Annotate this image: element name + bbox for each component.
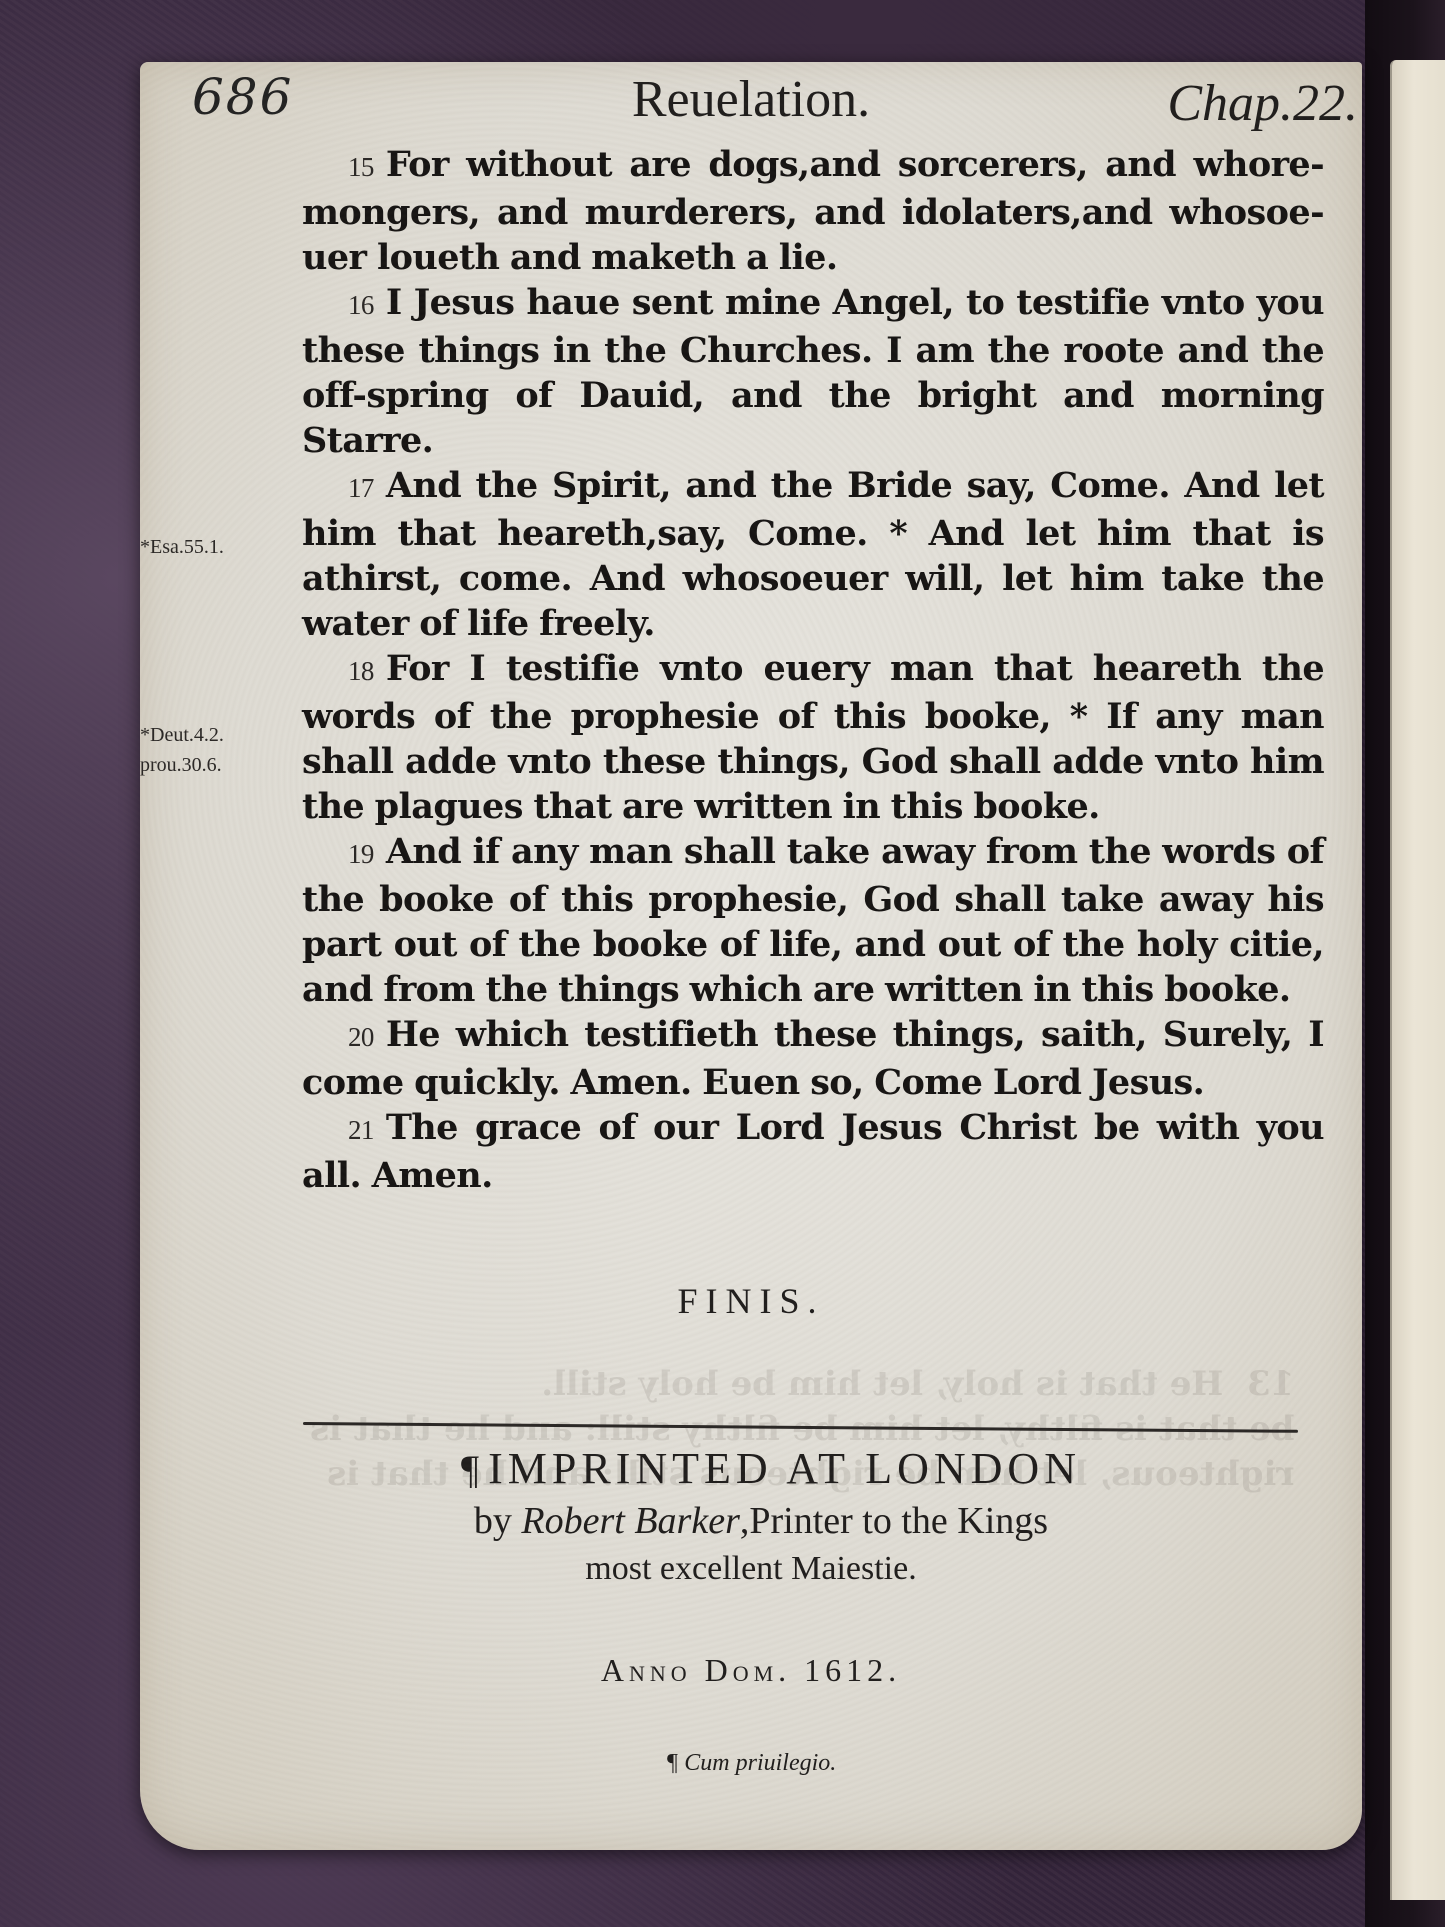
verse-text: And if any man shall take away from the … xyxy=(302,831,1324,1010)
privilege-line: ¶ Cum priuilegio. xyxy=(140,1750,1362,1777)
verse-number: 20 xyxy=(348,1022,374,1052)
scripture-text: 15For without are dogs,and sorcerers, an… xyxy=(302,142,1324,1198)
verse-text: And the Spirit, and the Bride say, Come.… xyxy=(302,465,1324,644)
verse-text: The grace of our Lord Jesus Christ be wi… xyxy=(302,1107,1324,1196)
verse-21: 21The grace of our Lord Jesus Christ be … xyxy=(302,1105,1324,1198)
imprint-text: IMPRINTED AT LONDON xyxy=(488,1444,1081,1493)
imprint-line: ¶IMPRINTED AT LONDON xyxy=(180,1442,1362,1497)
verse-16: 16I Jesus haue sent mine Angel, to testi… xyxy=(302,280,1324,463)
finis-heading: FINIS. xyxy=(140,1280,1362,1322)
publication-year: Anno Dom. 1612. xyxy=(140,1652,1362,1689)
verse-text: For without are dogs,and sorcerers, and … xyxy=(302,144,1324,278)
running-header: 686 Reuelation. Chap.22. xyxy=(140,68,1362,138)
verse-text: For I testifie vnto euery man that heare… xyxy=(302,648,1324,827)
verse-text: I Jesus haue sent mine Angel, to testifi… xyxy=(302,282,1324,461)
verse-19: 19And if any man shall take away from th… xyxy=(302,829,1324,1012)
verse-20: 20He which testifieth these things, sait… xyxy=(302,1012,1324,1105)
colophon: ¶IMPRINTED AT LONDON by Robert Barker,Pr… xyxy=(140,1442,1362,1593)
verse-15: 15For without are dogs,and sorcerers, an… xyxy=(302,142,1324,280)
verse-number: 17 xyxy=(348,473,374,503)
printer-by: by xyxy=(474,1500,522,1542)
margin-note-esa: *Esa.55.1. xyxy=(140,532,280,562)
horizontal-rule xyxy=(303,1422,1298,1433)
pilcrow-icon: ¶ xyxy=(461,1447,484,1492)
printer-name: Robert Barker xyxy=(521,1500,739,1542)
printer-line: by Robert Barker,Printer to the Kings xyxy=(160,1497,1362,1545)
verse-number: 18 xyxy=(348,656,374,686)
chapter-reference: Chap.22. xyxy=(1167,74,1358,133)
verse-17: 17And the Spirit, and the Bride say, Com… xyxy=(302,463,1324,646)
margin-note-deut: *Deut.4.2. prou.30.6. xyxy=(140,720,280,780)
verse-number: 15 xyxy=(348,152,374,182)
verse-18: 18For I testifie vnto euery man that hea… xyxy=(302,646,1324,829)
book-page: 13 He that is holy, let him be holy stil… xyxy=(140,62,1362,1850)
verse-text: He which testifieth these things, saith,… xyxy=(302,1014,1324,1103)
verse-number: 21 xyxy=(348,1115,374,1145)
printer-title: ,Printer to the Kings xyxy=(740,1500,1048,1542)
facing-page-edge xyxy=(1390,60,1445,1900)
verse-number: 16 xyxy=(348,290,374,320)
majesty-line: most excellent Maiestie. xyxy=(140,1545,1362,1593)
verse-number: 19 xyxy=(348,839,374,869)
